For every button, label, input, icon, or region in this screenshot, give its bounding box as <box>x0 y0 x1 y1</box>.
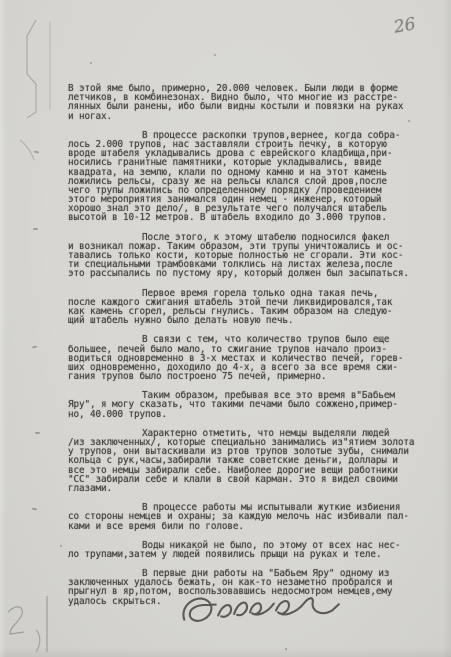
margin-mark <box>32 508 37 510</box>
page-number: 26 <box>392 14 417 37</box>
text-line: "СС" забирали себе и клали в свой карман… <box>68 475 436 484</box>
margin-mark <box>35 432 40 434</box>
paragraph: После этого, к этому штабелю подносился … <box>68 233 436 279</box>
text-line: гания трупов было построено 75 печей, пр… <box>68 372 436 381</box>
speck <box>60 545 62 547</box>
paragraph: Характерно отметить, что немцы выделяли … <box>68 429 436 493</box>
text-line: и ногах. <box>68 112 436 121</box>
paragraph: В этой яме было, примерно, 20.000 челове… <box>68 84 436 121</box>
text-line: глазами. <box>68 484 436 493</box>
margin-mark <box>33 228 38 230</box>
document-page: 26 В этой яме было, примерно, 20.000 чел… <box>0 0 451 657</box>
text-line: но, 40.000 трупов. <box>68 410 436 419</box>
margin-mark <box>34 150 39 153</box>
paragraph: В процессе работы мы испытывали жуткие и… <box>68 503 436 531</box>
paragraph: В связи с тем, что количество трупов был… <box>68 335 436 381</box>
text-line: ками и все время били по голове. <box>68 522 436 531</box>
paragraph: Первое время горела только одна такая пе… <box>68 289 436 326</box>
text-line: ло трупами,затем у людей появились прыщи… <box>68 550 436 559</box>
document-text: В этой яме было, примерно, 20.000 челове… <box>68 84 436 616</box>
text-line: лянных были ранены, ибо были видны косты… <box>68 102 436 111</box>
speck <box>285 648 287 650</box>
text-line: это рассыпались по пустому яру, который … <box>68 269 436 278</box>
margin-mark <box>32 346 37 348</box>
text-line: щий штабель нужно было делать новую печь… <box>68 316 436 325</box>
speck <box>90 62 92 64</box>
text-line: высотой в 10-12 метров. В штабель входил… <box>68 213 436 222</box>
signature <box>179 587 342 633</box>
paragraph: Воды никакой не было, по этому от всех н… <box>68 541 436 559</box>
paragraph: В процессе раскопки трупов,вернее, когда… <box>68 131 436 223</box>
paragraph: Таким образом, пребывая все это время в"… <box>68 391 436 419</box>
speck <box>214 54 216 56</box>
